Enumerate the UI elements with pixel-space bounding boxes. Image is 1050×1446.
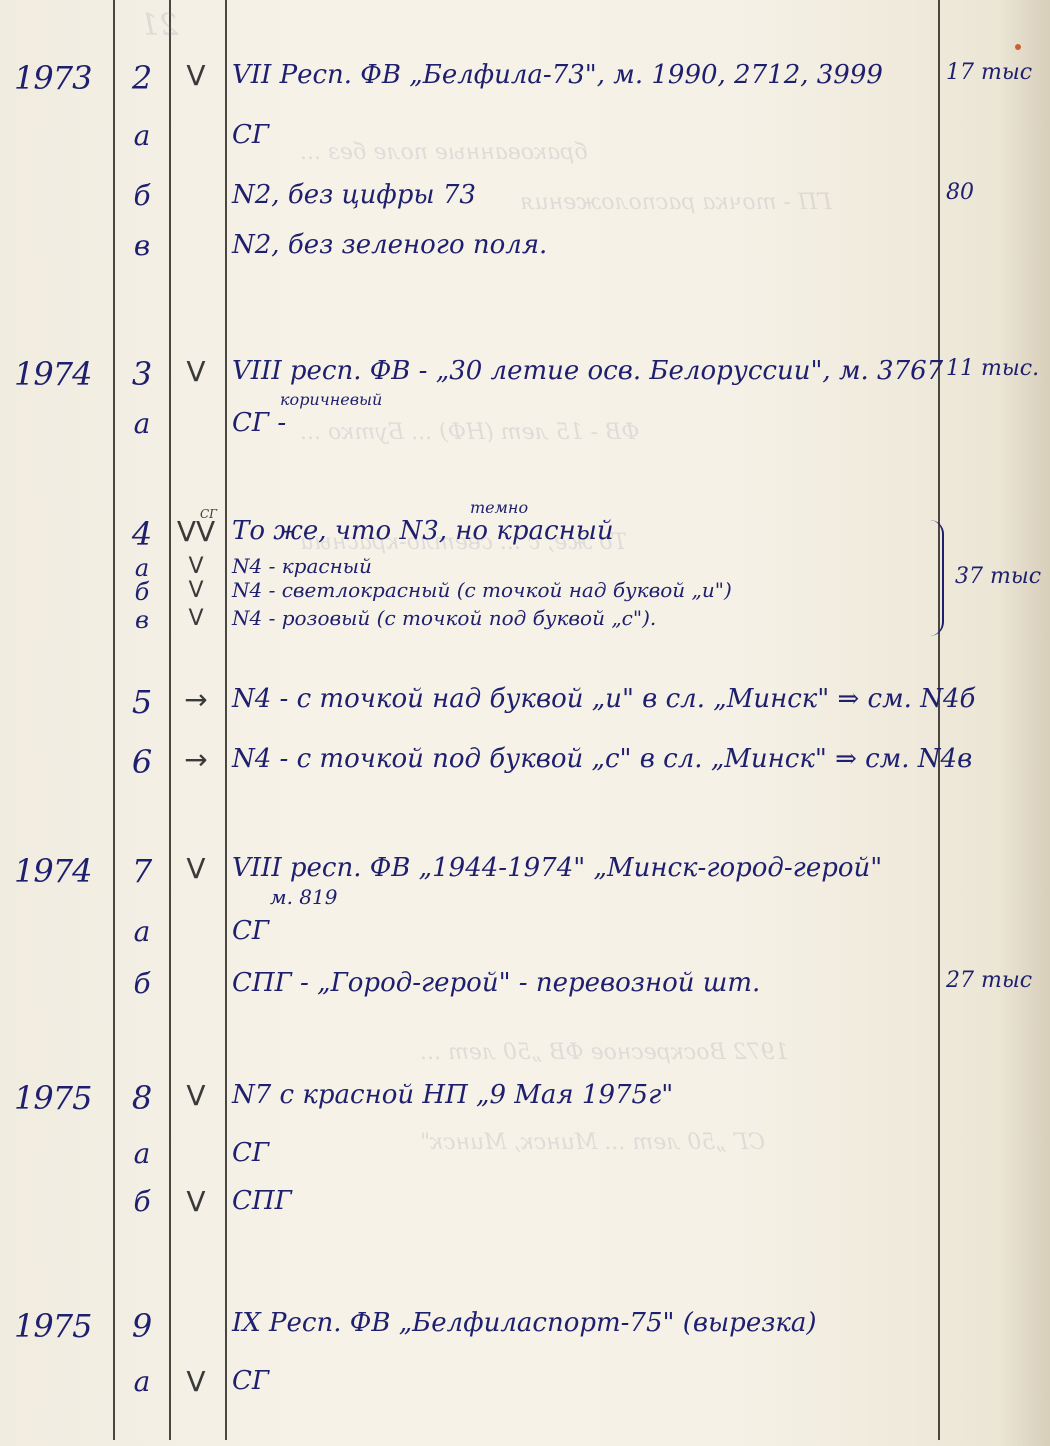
entry-description: СГ - [232, 410, 286, 436]
entry-number: 9 [122, 1310, 162, 1342]
entry-description: СГ [232, 1140, 269, 1166]
entry-description: N2, без зеленого поля. [232, 232, 547, 258]
price-cell: 17 тыс [946, 62, 1032, 84]
entry-description: VII Респ. ФВ „Белфила-73", м. 1990, 2712… [232, 62, 883, 88]
column-divider [113, 0, 115, 1440]
entry-number: а [122, 410, 162, 438]
price-cell: 80 [946, 182, 974, 204]
check-mark: V [176, 1082, 216, 1110]
year-cell: 1974 [14, 855, 91, 887]
check-note: СГ [200, 508, 217, 520]
check-mark: V [176, 608, 216, 630]
entry-number: 6 [122, 746, 162, 778]
entry-number: а [122, 122, 162, 150]
price-cell: 11 тыс. [946, 358, 1039, 380]
entry-number: а [122, 1140, 162, 1168]
note-above: темно [470, 500, 528, 516]
entry-description: N4 - светлокрасный (с точкой над буквой … [232, 580, 732, 600]
year-cell: 1975 [14, 1082, 91, 1114]
entry-description: СГ [232, 1368, 269, 1394]
entry-number: б [122, 182, 162, 210]
check-mark: V [176, 855, 216, 883]
check-mark: VV [176, 518, 216, 546]
column-divider [169, 0, 171, 1440]
entry-description: СПГ [232, 1188, 292, 1214]
entry-description: N2, без цифры 73 [232, 182, 476, 208]
arrow-icon: → [176, 686, 216, 714]
entry-description: N4 - красный [232, 556, 372, 576]
entry-number: 7 [122, 855, 162, 887]
entry-description: VIII респ. ФВ - „30 летие осв. Белорусси… [232, 358, 943, 384]
year-cell: 1974 [14, 358, 91, 390]
entry-number: 3 [122, 358, 162, 390]
entry-description: СПГ - „Город-герой" - перевозной шт. [232, 970, 760, 996]
entry-number: а [122, 918, 162, 946]
price-cell: 27 тыс [946, 970, 1032, 992]
year-cell: 1973 [14, 62, 91, 94]
entry-description: СГ [232, 122, 269, 148]
ghost-page-number: 21 [140, 8, 178, 43]
check-mark: V [176, 1188, 216, 1216]
note-below: м. 819 [270, 887, 337, 907]
arrow-icon: → [176, 746, 216, 774]
entry-number: в [122, 608, 162, 632]
note-above: коричневый [280, 392, 382, 408]
entry-number: а [122, 556, 162, 580]
group-price: 37 тыс [955, 566, 1041, 588]
entry-description: N4 - с точкой над буквой „и" в сл. „Минс… [232, 686, 975, 712]
column-divider [225, 0, 227, 1440]
entry-number: 2 [122, 62, 162, 94]
notebook-page: 21 бракованные поле без ... ГП - точка р… [0, 0, 1050, 1446]
entry-number: 8 [122, 1082, 162, 1114]
entry-number: в [122, 232, 162, 260]
entry-description: То же, что N3, но красный [232, 518, 614, 544]
grouping-brace [928, 520, 944, 636]
entry-description: N7 с красной НП „9 Мая 1975г" [232, 1082, 673, 1108]
check-mark: V [176, 580, 216, 602]
ink-spot [1015, 44, 1021, 50]
entry-number: б [122, 970, 162, 998]
entry-number: 4 [122, 518, 162, 550]
column-divider [938, 0, 940, 1440]
check-mark: V [176, 358, 216, 386]
check-mark: V [176, 62, 216, 90]
entry-description: N4 - розовый (с точкой под буквой „с"). [232, 608, 656, 628]
entry-number: б [122, 1188, 162, 1216]
entry-description: СГ [232, 918, 269, 944]
entry-number: б [122, 580, 162, 604]
entry-number: а [122, 1368, 162, 1396]
entry-description: VIII респ. ФВ „1944-1974" „Минск-город-г… [232, 855, 882, 881]
entry-number: 5 [122, 686, 162, 718]
entry-description: N4 - с точкой под буквой „с" в сл. „Минс… [232, 746, 972, 772]
year-cell: 1975 [14, 1310, 91, 1342]
entry-description: IX Респ. ФВ „Белфиласпорт-75" (вырезка) [232, 1310, 817, 1336]
check-mark: V [176, 1368, 216, 1396]
check-mark: V [176, 556, 216, 578]
